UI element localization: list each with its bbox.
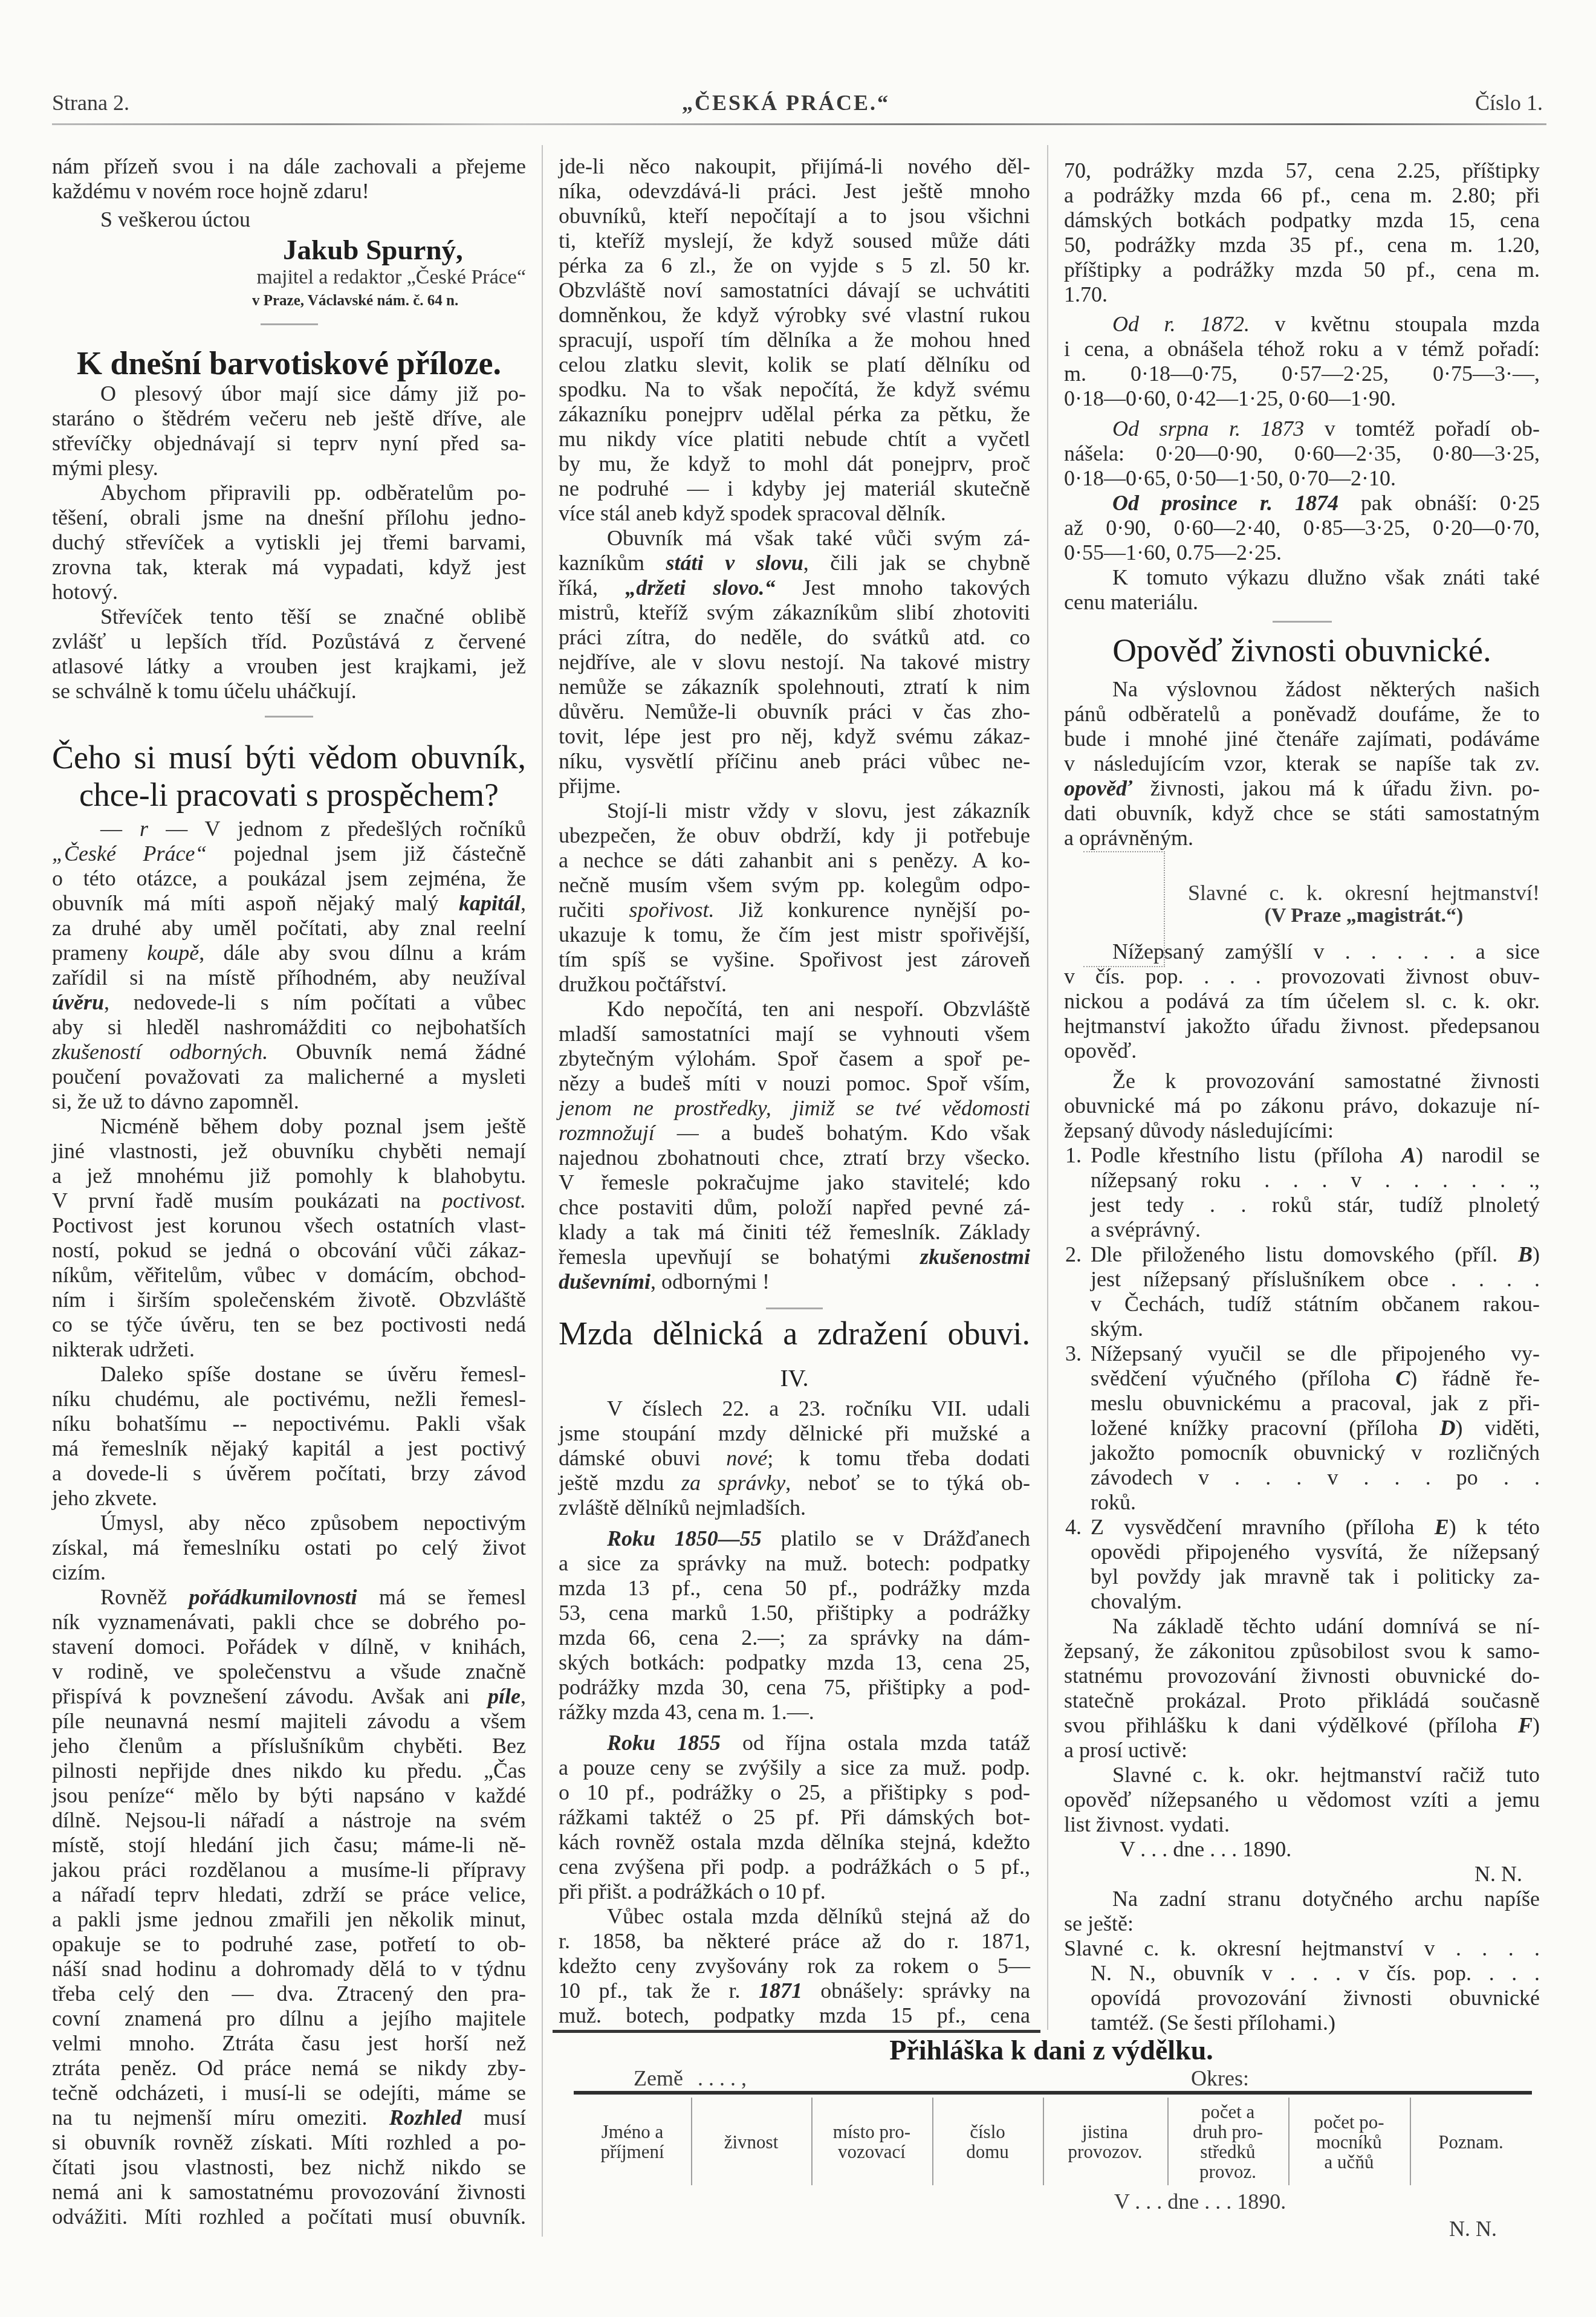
text-line: a dovede-li s úvěrem počítati, brzy závo…	[52, 1461, 526, 1486]
list-item-text: Nížepsaný vyučil se dle připojeného vy-s…	[1091, 1341, 1540, 1515]
text-line: 0·55—1·60, 0.75—2·25.	[1064, 540, 1540, 565]
emphasized-text: zkušeností odborných.	[52, 1040, 268, 1064]
text-run: řemesla upevňují se bohatými	[559, 1245, 920, 1269]
text-line: ským.	[1091, 1317, 1540, 1341]
text-line: tovit, lépe jest pro něj, když svému zák…	[559, 724, 1030, 749]
emphasized-text: kapitál	[459, 891, 521, 915]
closing-salutation: S veškerou úctou	[52, 207, 526, 232]
text-run: svědčení výučného (příloha	[1091, 1366, 1395, 1390]
land-field: Země. . . . ,	[634, 2066, 747, 2091]
list-item-text: Dle přiloženého listu domovského (příl. …	[1091, 1242, 1540, 1341]
article-title: Opověď živnosti obuvnické.	[1064, 632, 1540, 669]
text-line: tamtéž. (Se šesti přílohami.)	[1091, 2011, 1540, 2035]
header-text: jistinaprovozov.	[1068, 2122, 1143, 2162]
emphasized-text: koupě	[147, 941, 199, 965]
text-line: příštipky a podrážky mzda 50 pf., cena m…	[1064, 258, 1540, 282]
back-address-line: Slavné c. k. okresní hejtmanství v . . .…	[1064, 1936, 1540, 1961]
text-line: cena zvýšena při podp. a podrážkách o 5 …	[559, 1855, 1030, 1879]
text-line: najednou zbohatnouti chce, ztratí brzy v…	[559, 1146, 1030, 1170]
article-paragraph: Roku 1855 od října ostala mzda tatáža po…	[559, 1731, 1030, 1904]
text-run: V první řadě musím poukázati na	[52, 1188, 442, 1213]
article-title-line: Čeho si musí býti vědom obuvník,	[52, 739, 526, 776]
column-3: 70, podrážky mzda 57, cena 2.25, příštip…	[1064, 158, 1540, 2035]
greeting-paragraph: nám přízeň svou i na dále zachovali a př…	[52, 154, 526, 204]
text-line: Na základě těchto udání domnívá se ní-	[1064, 1614, 1540, 1639]
article-paragraph: Nicméně během doby poznal jsem ještějiné…	[52, 1114, 526, 1362]
text-run: ještě mzdu	[559, 1471, 681, 1495]
header-text: Poznam.	[1438, 2132, 1504, 2152]
list-number: 2.	[1065, 1242, 1082, 1267]
text-line: cizím.	[52, 1560, 526, 1585]
article-paragraph: Střevíček tento těší se značné oblibězvl…	[52, 604, 526, 704]
article-paragraph: Od prosince r. 1874 pak obnáší: 0·25až 0…	[1064, 491, 1540, 565]
text-run: má se řemesl	[357, 1585, 526, 1609]
text-line: Od r. 1872. v květnu stoupala mzda	[1064, 312, 1540, 337]
text-line: náší snad hodinu a dohromady dělá to v t…	[52, 1957, 526, 1982]
text-line: nemůže se zákazník spolehnouti, ztratí k…	[559, 675, 1030, 699]
text-line: by mu, že když to mohl dát ponejprv, pro…	[559, 452, 1030, 476]
text-line: V první řadě musím poukázati na poctivos…	[52, 1188, 526, 1213]
text-line: jde-li něco nakoupit, přijímá-li nového …	[559, 154, 1030, 179]
text-line: rážky mzda 43, cena m. 1.—.	[559, 1700, 1030, 1725]
text-line: říká, „držeti slovo.“ Jest mnoho takovýc…	[559, 575, 1030, 600]
text-line: obuvník má míti aspoň nějaký malý kapitá…	[52, 891, 526, 916]
section-divider	[261, 323, 318, 325]
section-divider	[265, 716, 313, 718]
emphasized-text: jenom ne prostředky, jimiž se tvé vědomo…	[559, 1096, 1030, 1120]
text-line: níku, vysvětlí příčinu aneb práci vůbec …	[559, 749, 1030, 774]
emphasized-text: D	[1440, 1416, 1456, 1440]
text-line: dámské obuvi nové; k tomu třeba dodati	[559, 1446, 1030, 1471]
emphasized-text: „držeti slovo.“	[625, 575, 775, 600]
form-paragraph: Slavné c. k. okr. hejtmanství račiž tuto…	[1064, 1763, 1540, 1837]
text-line: Slavné c. k. okr. hejtmanství račiž tuto	[1064, 1763, 1540, 1787]
text-line: kách rovněž ostala mzda dělníka stejná, …	[559, 1830, 1030, 1855]
text-line: Poznam.	[1438, 2132, 1504, 2152]
text-line: bude i mnohé jiné čtenáře zajímati, podá…	[1064, 727, 1540, 751]
page-number: Strana 2.	[52, 89, 129, 116]
emphasized-text: za správky	[681, 1471, 785, 1495]
column-divider	[1047, 145, 1048, 2030]
text-line: i cena, a obnášela téhož roku a v témž p…	[1064, 337, 1540, 361]
text-line: střevíčky objednávají si teprv nyní před…	[52, 431, 526, 456]
text-line: chovalým.	[1091, 1589, 1540, 1614]
text-run: říká,	[559, 575, 625, 600]
text-run: prameny	[52, 941, 147, 965]
article-paragraph: Od srpna r. 1873 v tomtéž pořadí ob-náše…	[1064, 416, 1540, 491]
text-run: Rovněž	[100, 1585, 189, 1609]
section-divider	[766, 1308, 823, 1309]
text-line: Rovněž pořádkumilovnosti má se řemesl	[52, 1585, 526, 1610]
text-line: zvlášť u lepších tříd. Pozůstává z červe…	[52, 629, 526, 654]
text-line: číslo	[966, 2122, 1009, 2142]
text-line: kazníkům státi v slovu, čili jak se chyb…	[559, 551, 1030, 575]
text-line: důvěru. Nemůže-li obuvník práci v čas zh…	[559, 699, 1030, 724]
addressee-block: Slavné c. k. okresní hejtman­ství! (V Pr…	[1188, 882, 1540, 927]
article-paragraph: Vůbec ostala mzda dělníků stejná až dor.…	[559, 1904, 1030, 2028]
text-run: Dle přiloženého listu domovského (příl.	[1091, 1242, 1518, 1266]
emphasized-text: E	[1435, 1515, 1449, 1539]
header-text: místo pro-vozovací	[833, 2122, 910, 2162]
emphasized-text: opověď	[1064, 776, 1132, 800]
column-divider	[542, 145, 543, 2237]
text-line: zvláště dělníků nejmladších.	[559, 1496, 1030, 1520]
emphasized-text: B	[1518, 1242, 1533, 1266]
text-run: )	[1533, 1713, 1540, 1737]
text-line: se schválně k tomu účelu uháčkují.	[52, 679, 526, 704]
article-paragraph-continued: jde-li něco nakoupit, přijímá-li nového …	[559, 154, 1030, 526]
header-text: číslodomu	[966, 2122, 1009, 2162]
emphasized-text: rozmnožují	[559, 1121, 655, 1145]
article-paragraph: Na zadní stranu dotyčného archu napíšese…	[1064, 1887, 1540, 1936]
text-line: opověď.	[1064, 1039, 1540, 1063]
text-line: zbytečným výlohám. Spoř časem a spoř pe-	[559, 1046, 1030, 1071]
text-line: rážkami taktéž o 25 pf. Při dámských bot…	[559, 1805, 1030, 1830]
text-line: duchý střevíček a vytiskli jej třemi bar…	[52, 530, 526, 555]
text-run: ; k tomu třeba dodati	[767, 1446, 1030, 1470]
emphasized-text: státi v slovu	[666, 551, 803, 575]
list-item-4: 4. Z vysvědčení mravního (příloha E) k t…	[1064, 1515, 1540, 1614]
text-line: za druhé aby uměl počítati, aby znal ree…	[52, 916, 526, 941]
column-2: jde-li něco nakoupit, přijímá-li nového …	[559, 154, 1030, 2028]
article-paragraph: Úmysl, aby něco způsobem nepoctivýmzíska…	[52, 1511, 526, 1585]
text-line: duševními, odbornými !	[559, 1269, 1030, 1294]
text-line: zrovna tak, kterak má vypadati, když jes…	[52, 555, 526, 580]
list-item-text: Z vysvědčení mravního (příloha E) k této…	[1091, 1515, 1540, 1614]
signature-name: Jakub Spurný,	[52, 235, 526, 265]
text-line: níka, odevzdává-li práci. Jest ještě mno…	[559, 179, 1030, 204]
text-line: „České Práce“ pojednal jsem již částečně	[52, 841, 526, 866]
text-line: jest nížepsaný příslušníkem obce . . . .	[1091, 1267, 1540, 1292]
text-line: ností, pokud se jedná o obcování vůči zá…	[52, 1238, 526, 1263]
text-line: chce postaviti dům, položí napřed pevné …	[559, 1195, 1030, 1220]
text-line: Od prosince r. 1874 pak obnáší: 0·25	[1064, 491, 1540, 516]
article-paragraph: Daleko spíše dostane se úvěru řemesl-ník…	[52, 1362, 526, 1511]
text-line: domu	[966, 2142, 1009, 2162]
text-line: ním i širším společenském životě. Obzvlá…	[52, 1288, 526, 1312]
text-line: mocníků	[1314, 2132, 1384, 2152]
text-run: pak obnáší: 0·25	[1338, 491, 1540, 515]
text-line: 53, cena marků 1.50, přištipky a podrážk…	[559, 1601, 1030, 1625]
form-column-header-means: počet adruh pro-středkůprovoz.	[1167, 2096, 1288, 2187]
signature-role: majitel a redaktor „České Práce“	[52, 265, 526, 290]
text-line: závodech v . . . v . . . po . .	[1091, 1465, 1540, 1490]
text-line: Na zadní stranu dotyčného archu napíše	[1064, 1887, 1540, 1911]
text-line: m. 0·18—0·75, 0·57—2·25, 0·75—3·—,	[1064, 361, 1540, 386]
text-line: 0·18—0·60, 0·42—1·25, 0·60—1·90.	[1064, 386, 1540, 411]
text-line: opověď živnosti, jakou má k úřadu živn. …	[1064, 776, 1540, 801]
text-line: velmi mnoho. Ztráta času jest horší než	[52, 2031, 526, 2056]
text-line: Nížepsaný vyučil se dle připojeného vy-	[1091, 1341, 1540, 1366]
text-run: platilo se v Drážďanech	[762, 1526, 1030, 1551]
text-line: o této otázce, a poukázal jsem zejména, …	[52, 866, 526, 891]
text-line: řemesla upevňují se bohatými zkušenostmi	[559, 1245, 1030, 1269]
text-line: V číslech 22. a 23. ročníku VII. udali	[559, 1396, 1030, 1421]
text-line: o 10 pf., podrážky o 25, a přištipky s p…	[559, 1780, 1030, 1805]
text-line: roků.	[1091, 1490, 1540, 1515]
text-line: Dle přiloženého listu domovského (příl. …	[1091, 1242, 1540, 1267]
text-line: list živnost. vydati.	[1064, 1812, 1540, 1837]
article-paragraph: K tomuto výkazu dlužno však znáti takéce…	[1064, 565, 1540, 615]
text-line: opovídá provozování živnosti obuvnické	[1091, 1986, 1540, 2011]
article-paragraph: Kdo nepočítá, ten ani nespoří. Obzvláště…	[559, 997, 1030, 1294]
text-line: těšení, obrali jsme na dnešní přílohu je…	[52, 505, 526, 530]
list-number: 1.	[1065, 1143, 1082, 1168]
emphasized-text: F	[1518, 1713, 1533, 1737]
article-paragraph: Obuvník má však také vůči svým zá-kazník…	[559, 526, 1030, 799]
form-column-header-trade: živnost	[691, 2096, 811, 2187]
header-text: Jméno apříjmení	[600, 2122, 664, 2162]
text-line: a oprávněným.	[1064, 826, 1540, 851]
list-number: 3.	[1065, 1341, 1082, 1366]
emphasized-text: 1871	[759, 1978, 802, 2003]
text-line: ručiti spořivost. Již konkurence nynější…	[559, 898, 1030, 922]
text-line: dati obuvník, když chce se státi samosta…	[1064, 801, 1540, 826]
emphasized-text: spořivost.	[629, 898, 715, 922]
text-line: co se týče úvěru, ten se bez poctivosti …	[52, 1312, 526, 1337]
text-line: Na výslovnou žádost některých našich	[1064, 677, 1540, 702]
emphasized-text: duševními	[559, 1269, 650, 1294]
text-line: mzda 66, cena 2.—; za správky na dám-	[559, 1625, 1030, 1650]
emphasized-text: Roku 1855	[607, 1731, 721, 1755]
text-line: úvěru, nedovede-li s ním počítati a vůbe…	[52, 990, 526, 1015]
text-run: , neboť se to týká ob-	[785, 1471, 1030, 1495]
text-line: Že k provozování samostatné živnosti	[1064, 1069, 1540, 1094]
emphasized-text: A	[1401, 1143, 1416, 1167]
text-line: aby si hleděl nashromážditi co nejbohatš…	[52, 1015, 526, 1040]
text-line: středků	[1193, 2142, 1263, 2162]
text-run: ) viděti,	[1456, 1416, 1540, 1440]
text-run: na tu nejmenší míru omeziti.	[52, 2105, 389, 2130]
text-line: rozmnožují — a budeš bohatým. Kdo však	[559, 1121, 1030, 1146]
text-run: ručiti	[559, 898, 629, 922]
text-run: Jest mnoho takových	[775, 575, 1030, 600]
signature: N. N.	[1064, 1862, 1540, 1887]
text-run: ) řádně ře-	[1410, 1366, 1540, 1390]
form-column-header-place: místo pro-vozovací	[811, 2096, 932, 2187]
text-line: svou přihlášku k dani výdělkové (příloha…	[1064, 1713, 1540, 1738]
text-line: místě, stojí hledání jich času; máme-li …	[52, 1833, 526, 1858]
stamp-placeholder-box	[1083, 851, 1165, 967]
text-line: níku chudému, ale poctivému, nežli řemes…	[52, 1387, 526, 1411]
article-part-number: IV.	[559, 1364, 1030, 1392]
land-value: . . . . ,	[698, 2066, 747, 2090]
text-line: jenom ne prostředky, jimiž se tvé vědomo…	[559, 1096, 1030, 1121]
text-line: Střevíček tento těší se značné oblibě	[52, 604, 526, 629]
text-line: ti, kteříž myslejí, že když soused může …	[559, 228, 1030, 253]
text-line: počet po-	[1314, 2112, 1384, 2132]
text-line: jakou práci rozdělanou a musíme-li přípr…	[52, 1858, 526, 1882]
text-line: přispívá k povznešení závodu. Avšak ani …	[52, 1684, 526, 1709]
text-run: obnášely: správky na	[802, 1978, 1030, 2003]
text-line: pilnosti nepřijde dnes nikdo ku předu. „…	[52, 1758, 526, 1783]
header-text: počet po-mocníkůa učňů	[1314, 2112, 1384, 2172]
form-date-line: V . . . dne . . . 1890.	[1114, 2189, 1286, 2214]
text-line: jeho zkvete.	[52, 1486, 526, 1511]
text-line: Roku 1855 od října ostala mzda tatáž	[559, 1731, 1030, 1755]
text-line: zařídil si na místě příhodném, aby neuží…	[52, 965, 526, 990]
text-run: —	[100, 817, 140, 841]
text-line: atlasové látky a vrouben jest krajkami, …	[52, 654, 526, 679]
text-line: Kdo nepočítá, ten ani nespoří. Obzvláště	[559, 997, 1030, 1022]
text-run: , nedovede-li s ním počítati a vůbec	[104, 990, 526, 1014]
text-line: má řemeslník nějaký kapitál a jest pocti…	[52, 1436, 526, 1461]
text-line: pérka za 6 zl., že on vyjde s 5 zl. 50 k…	[559, 253, 1030, 278]
text-line: O plesový úbor mají sice dámy již po-	[52, 381, 526, 406]
text-run: v tomtéž pořadí ob-	[1304, 416, 1540, 441]
text-line: obuvníků, kteří nepočítají a to jsou vši…	[559, 204, 1030, 228]
text-line: N. N., obuvník v . . . v čís. pop. . . .	[1091, 1961, 1540, 1986]
text-line: a svéprávný.	[1091, 1217, 1540, 1242]
text-line: 70, podrážky mzda 57, cena 2.25, příštip…	[1064, 158, 1540, 183]
article-paragraph: Stojí-li mistr vždy v slovu, jest zákazn…	[559, 799, 1030, 997]
text-line: jsou peníze“ mělo by býti napsáno v každ…	[52, 1783, 526, 1808]
text-line: provoz.	[1193, 2162, 1263, 2182]
list-item-text: Podle křestního listu (příloha A) narodi…	[1091, 1143, 1540, 1242]
article-paragraph: Abychom připravili pp. odběratelům po-tě…	[52, 481, 526, 604]
text-line: jsme stoupání mzdy dělnické při mužské a	[559, 1421, 1030, 1446]
text-run: ) narodil se	[1416, 1143, 1540, 1167]
text-run: — a budeš bohatým. Kdo však	[655, 1121, 1030, 1145]
text-line: zákazníku ponejprv udělal pérka za pětku…	[559, 402, 1030, 427]
text-line: Obuvník má však také vůči svým zá-	[559, 526, 1030, 551]
text-line: opovědi připojeného vysvítá, že nížepsan…	[1091, 1540, 1540, 1564]
article-title: Mzda dělnická a zdražení obuvi.	[559, 1317, 1030, 1350]
text-run: v květnu stoupala mzda	[1250, 312, 1540, 336]
text-line: r. 1858, ba některé práce až do r. 1871,	[559, 1929, 1030, 1954]
text-line: níkům, věřitelům, vůbec v domácím, obcho…	[52, 1263, 526, 1288]
header-text: počet adruh pro-středkůprovoz.	[1193, 2102, 1263, 2182]
header-rule	[52, 123, 1546, 125]
text-line: hotový.	[52, 580, 526, 604]
text-line: nečně musím všem svým pp. kolegům odpo-	[559, 873, 1030, 898]
text-line: a prosí uctivě:	[1064, 1738, 1540, 1763]
text-run: ) k této	[1449, 1515, 1540, 1539]
text-line: si obuvník rovněž získati. Míti rozhled …	[52, 2130, 526, 2155]
text-line: příjmení	[600, 2142, 664, 2162]
text-run: přispívá k povznešení závodu. Avšak ani	[52, 1684, 488, 1708]
text-line: nikterak udržeti.	[52, 1337, 526, 1362]
article-paragraph: Rovněž pořádkumilovnosti má se řemeslník…	[52, 1585, 526, 2229]
emphasized-text: r	[140, 817, 148, 841]
text-line: ských botkách: podpatky mzda 13, cena 25…	[559, 1650, 1030, 1675]
list-number: 4.	[1065, 1515, 1082, 1540]
text-line: a pouze ceny se zvýšily a sice za muž. p…	[559, 1755, 1030, 1780]
text-line: odvážiti. Míti rozhled a počítati musí o…	[52, 2205, 526, 2229]
text-line: a podrážky mzda 66 pf., cena m. 2.80; př…	[1064, 183, 1540, 208]
text-run: Již konkurence nynější po-	[715, 898, 1030, 922]
emphasized-text: Od prosince r. 1874	[1112, 491, 1338, 515]
text-line: opakuje se to podruhé zase, potřetí to o…	[52, 1932, 526, 1957]
text-line: spodku. Na to však nepočítá, že když své…	[559, 377, 1030, 402]
text-line: 1.70.	[1064, 282, 1540, 307]
list-item-3: 3. Nížepsaný vyučil se dle připojeného v…	[1064, 1341, 1540, 1515]
text-line: jiné vlastnosti, jež obuvníku chyběti ne…	[52, 1139, 526, 1164]
text-line: a pakli jsme jednou zmařili jen několik …	[52, 1907, 526, 1932]
form-column-header-notes: Poznam.	[1410, 2096, 1532, 2187]
text-line: se ještě:	[1064, 1911, 1540, 1936]
text-line: více stál aneb když spodek spracoval děl…	[559, 501, 1030, 526]
text-line: dílně. Nejsou-li nářadí a nástroje na sv…	[52, 1808, 526, 1833]
signature-address: v Praze, Václavské nám. č. 64 n.	[52, 290, 526, 313]
article-paragraph: Roku 1850—55 platilo se v Drážďanecha si…	[559, 1526, 1030, 1725]
text-line: poučení považovati za malicherné a mysle…	[52, 1065, 526, 1089]
text-run: )	[1533, 1242, 1540, 1266]
text-line: Stojí-li mistr vždy v slovu, jest zákazn…	[559, 799, 1030, 823]
text-line: nemá ani k samostatnému provozování živn…	[52, 2180, 526, 2205]
text-run: ,	[521, 891, 526, 915]
text-line: na tu nejmenší míru omeziti. Rozhled mus…	[52, 2105, 526, 2130]
section-divider	[1273, 621, 1332, 623]
text-line: obuvnické má po zákonu právo, dokazuje n…	[1064, 1094, 1540, 1118]
text-run: 10 pf., tak že r.	[559, 1978, 759, 2003]
form-column-header-capital: jistinaprovozov.	[1043, 2096, 1167, 2187]
text-run: živnosti, jakou má k úřadu živn. po-	[1132, 776, 1540, 800]
text-line: živnost	[724, 2132, 779, 2152]
header-text: živnost	[724, 2132, 779, 2152]
text-line: v Čechách, tudíž státním občanem rakou-	[1091, 1292, 1540, 1317]
text-line: mzda 13 pf., cena 50 pf., podrážky mzda	[559, 1576, 1030, 1601]
text-line: Obzvláště noví samostatníci dávají se uc…	[559, 278, 1030, 303]
text-line: ložené knížky pracovní (příloha D) vidět…	[1091, 1416, 1540, 1440]
text-run: kazníkům	[559, 551, 666, 575]
text-run: dámské obuvi	[559, 1446, 726, 1470]
text-line: a nechce se dáti zahanbit ani s penězy. …	[559, 848, 1030, 873]
text-line: statečně prokázal. Proto přikládá součas…	[1064, 1688, 1540, 1713]
article-paragraph: O plesový úbor mají sice dámy již po-sta…	[52, 381, 526, 481]
text-run: , čili jak se chybně	[803, 551, 1030, 575]
back-text: N. N., obuvník v . . . v čís. pop. . . .…	[1064, 1961, 1540, 2035]
text-line: každému v novém roce hojně zdaru!	[52, 179, 526, 204]
text-line: třeba celý den — dva. Ztracený den pra-	[52, 1982, 526, 2006]
text-line: družkou počtářství.	[559, 972, 1030, 997]
text-line: druh pro-	[1193, 2122, 1263, 2142]
text-line: a učňů	[1314, 2152, 1384, 2172]
form-paragraph: Na základě těchto udání domnívá se ní-že…	[1064, 1614, 1540, 1763]
text-line: tečně odcházeti, i musí-li se odejíti, m…	[52, 2081, 526, 2105]
text-line: a sice za správky na muž. botech: podpat…	[559, 1551, 1030, 1576]
text-line: hejtmanství jakožto úřadu živnost. přede…	[1064, 1014, 1540, 1039]
text-line: podrážky mzda 30, cena 75, přištipky a p…	[559, 1675, 1030, 1700]
article-paragraph-continued: 70, podrážky mzda 57, cena 2.25, příštip…	[1064, 158, 1540, 307]
text-line: jeho členům a příslušníkům chyběti. Bez	[52, 1734, 526, 1758]
text-line: nížepsaný roku . . . v . . . . . .,	[1091, 1168, 1540, 1193]
text-line: pánů odběratelů a poněvadž doufáme, že t…	[1064, 702, 1540, 727]
text-line: nám přízeň svou i na dále zachovali a př…	[52, 154, 526, 179]
text-line: meslu obuvnickému a pracoval, jak z při-	[1091, 1391, 1540, 1416]
text-line: 50, podrážky mzda 35 pf., cena m. 1.20,	[1064, 233, 1540, 258]
text-run: Podle křestního listu (příloha	[1091, 1143, 1401, 1167]
text-line: mistrů, kteříž svým zákazníkům slibí zho…	[559, 600, 1030, 625]
text-line: ubezpečen, že obuv obdrží, kdy ji potřeb…	[559, 823, 1030, 848]
masthead-title: „ČESKÁ PRÁCE.“	[635, 89, 937, 116]
form-column-header-house-number: číslodomu	[932, 2096, 1043, 2187]
text-line: celou zlatku slevit, kolik se platí děln…	[559, 352, 1030, 377]
text-line: ukazuje k tomu, že čím jest mistr spořiv…	[559, 922, 1030, 947]
text-run: od října ostala mzda tatáž	[721, 1731, 1030, 1755]
emphasized-text: Od r. 1872.	[1112, 312, 1250, 336]
text-line: Podle křestního listu (příloha A) narodi…	[1091, 1143, 1540, 1168]
text-line: K tomuto výkazu dlužno však znáti také	[1064, 565, 1540, 590]
text-line: muž. botech, podpatky mzda 15 pf., cena	[559, 2003, 1030, 2028]
form-paragraph: Že k provozování samostatné živnostiobuv…	[1064, 1069, 1540, 1143]
text-line: V řemesle pokračujme jako stavitelé; kdo	[559, 1170, 1030, 1195]
column-end-rule	[553, 2030, 1040, 2033]
text-line: prameny koupě, dále aby svou dílnu a krá…	[52, 941, 526, 965]
text-line: níku bohatšímu -- nepoctivému. Pakli vša…	[52, 1411, 526, 1436]
emphasized-text: píle	[488, 1684, 521, 1708]
text-run: obuvník má míti aspoň nějaký malý	[52, 891, 459, 915]
